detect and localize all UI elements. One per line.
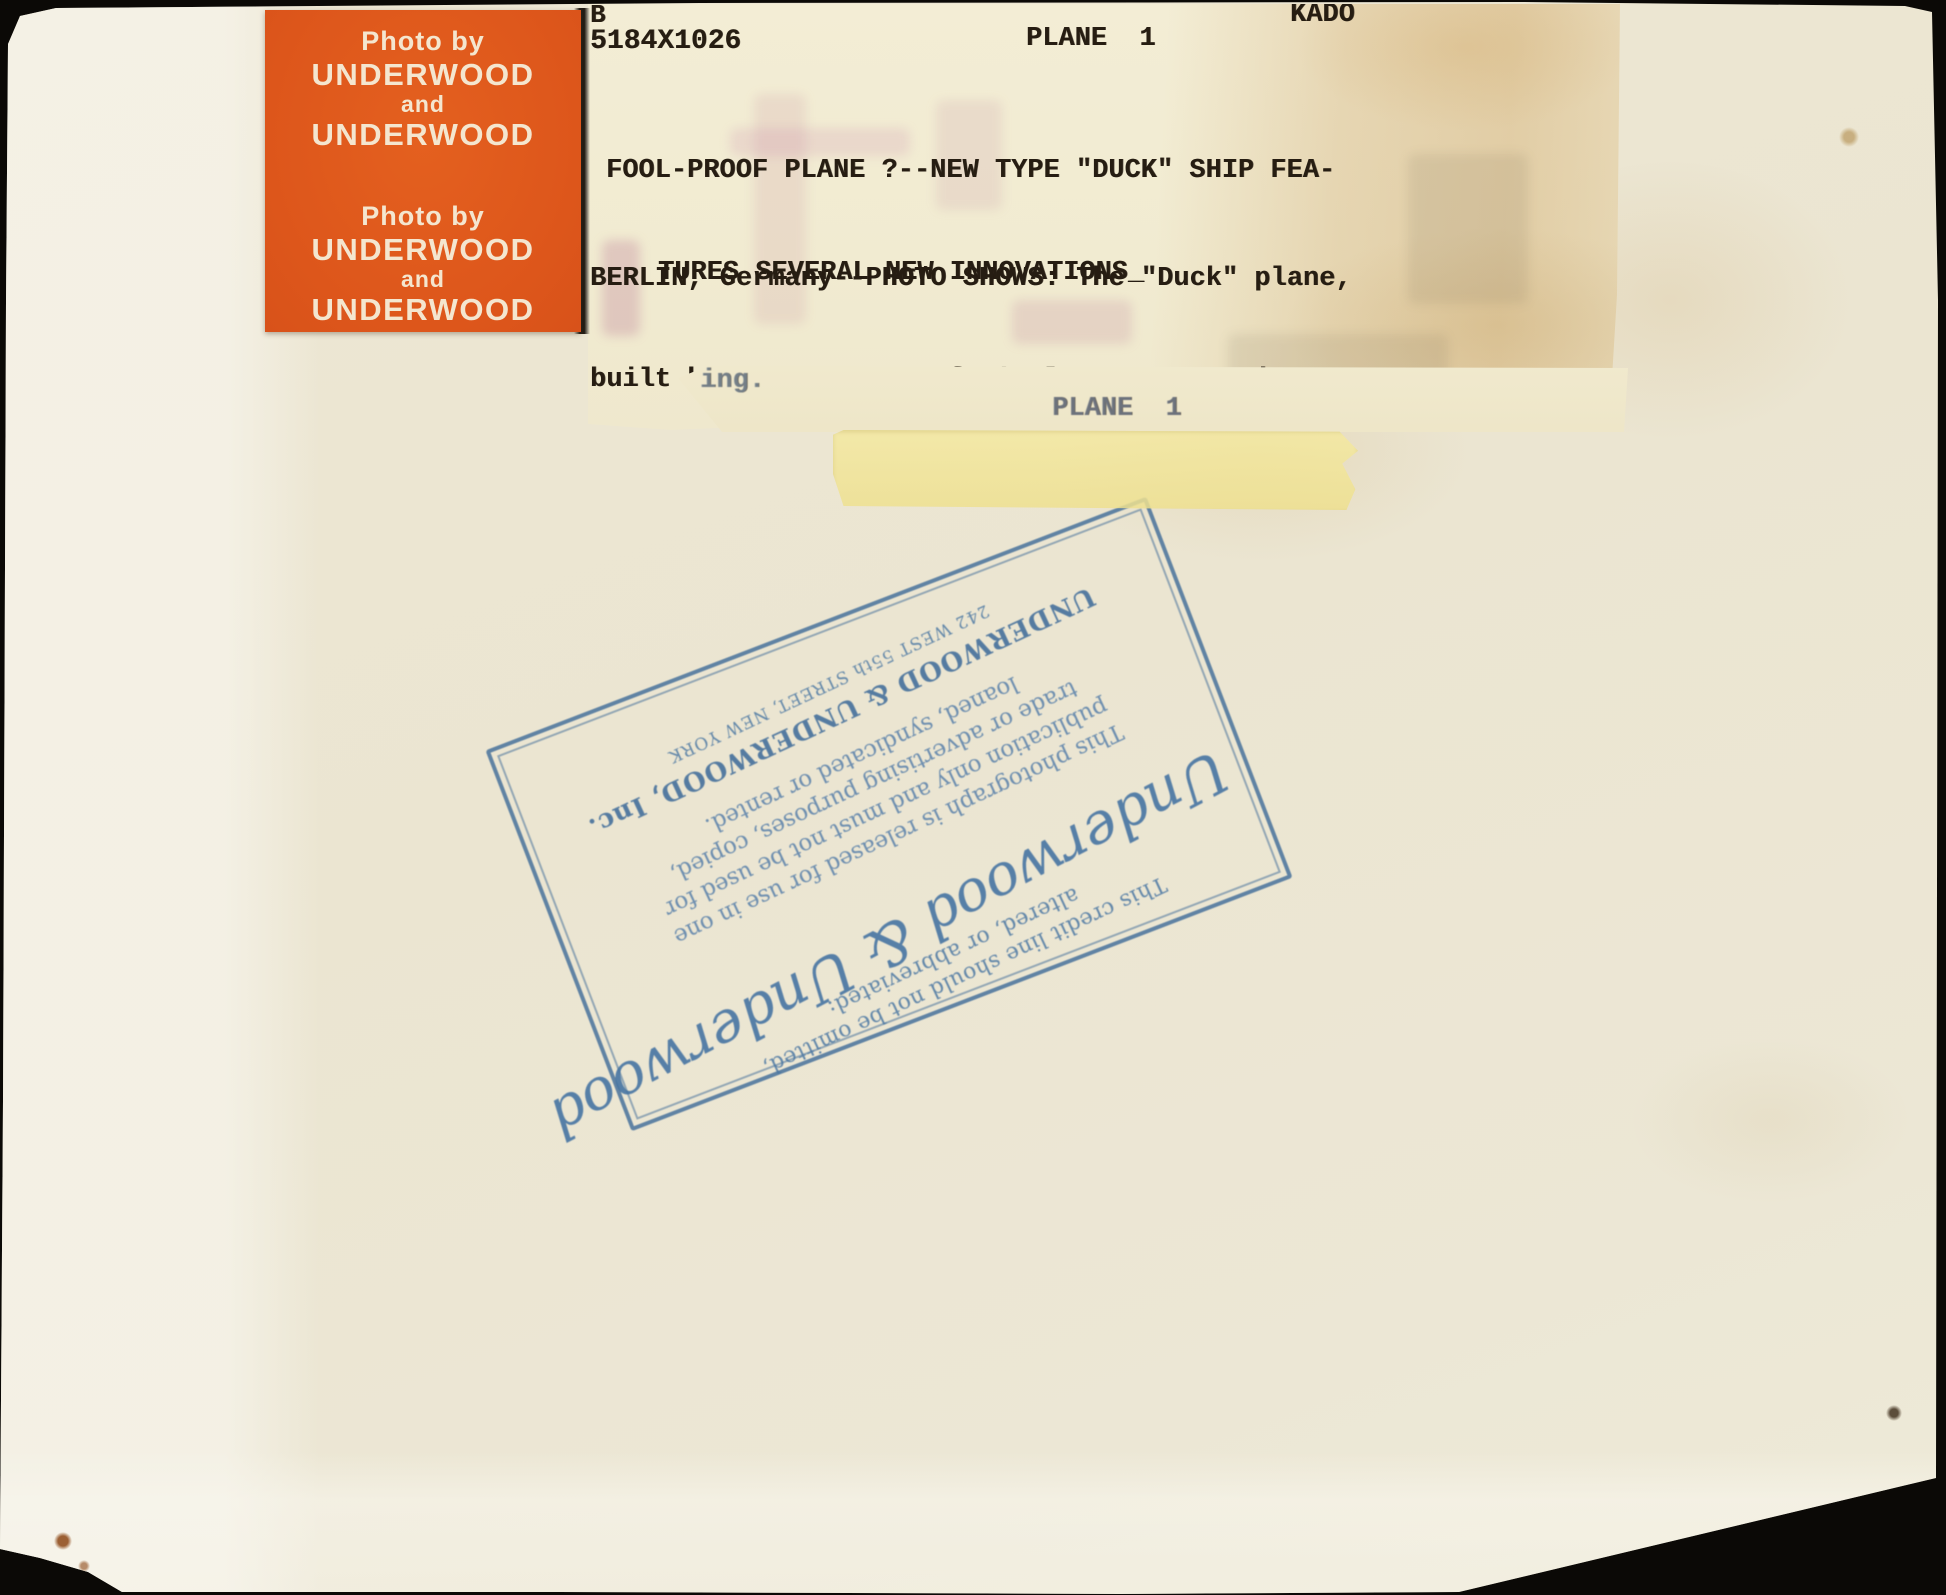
sticker-line-photo-by: Photo by <box>265 24 581 58</box>
sticker-line-underwood: UNDERWOOD <box>265 58 581 91</box>
caption-body-line: BERLIN, Germany--PHOTO SHOWS: The "Duck"… <box>590 263 1368 297</box>
sticker-line-underwood: UNDERWOOD <box>265 233 581 266</box>
sticker-line-underwood: UNDERWOOD <box>265 118 581 151</box>
second-caption-slip: ing. PLANE 1 <box>678 366 1628 432</box>
sticker-text-block: Photo by UNDERWOOD and UNDERWOOD <box>265 151 581 326</box>
sticker-line-and: and <box>265 91 581 118</box>
sticker-line-underwood: UNDERWOOD <box>265 293 581 326</box>
credit-sticker: Photo by UNDERWOOD and UNDERWOOD Photo b… <box>265 10 581 332</box>
caption-slug: PLANE 1 <box>1026 24 1156 54</box>
faded-caption-slug: PLANE 1 <box>1052 394 1182 424</box>
faded-typed-fragment: ing. <box>700 366 765 396</box>
headline-line: FOOL-PROOF PLANE ?--NEW TYPE "DUCK" SHIP… <box>606 154 1335 188</box>
agency-code: KADO <box>1290 0 1355 30</box>
photo-back-scan: Photo by UNDERWOOD and UNDERWOOD Photo b… <box>0 0 1946 1595</box>
sticker-line-photo-by: Photo by <box>265 199 581 233</box>
sticker-text-block: Photo by UNDERWOOD and UNDERWOOD <box>265 10 581 151</box>
tape-strip <box>833 430 1358 510</box>
bleed-mark <box>1408 154 1528 304</box>
sticker-line-and: and <box>265 266 581 293</box>
negative-number: 5184X1026 <box>590 26 741 57</box>
